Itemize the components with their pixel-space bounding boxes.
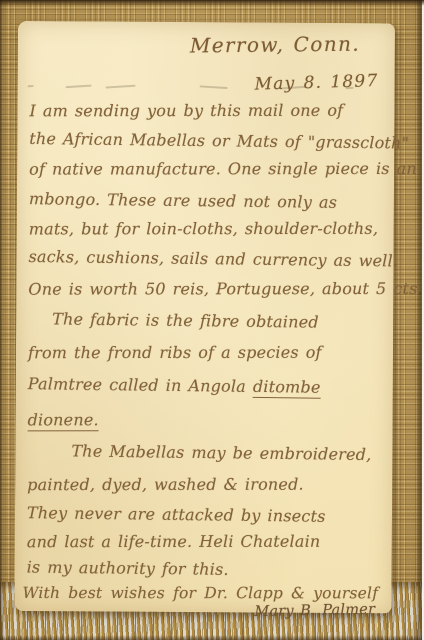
letter-line: The Mabellas may be embroidered,: [71, 441, 371, 465]
letter-line: the African Mabellas or Mats of "grasscl…: [29, 129, 409, 154]
letter-line: They never are attacked by insects: [27, 503, 326, 527]
letter-place: Merrow, Conn.: [190, 34, 360, 56]
underlined-term-ditombe: ditombe: [253, 377, 321, 399]
letter-line: sacks, cushions, sails and currency as w…: [28, 247, 398, 272]
letter-paper: Merrow, Conn. May 8. 1897 I am sending y…: [14, 21, 395, 613]
letter-line: mbongo. These are used not only as: [29, 189, 337, 213]
letter-line: and last a life-time. Heli Chatelain: [27, 532, 321, 553]
letter-line: is my authority for this.: [27, 557, 229, 579]
angola-line-prefix: Palmtree called in Angola: [28, 374, 246, 396]
signature: Mary B. Palmer: [254, 600, 375, 622]
letter-line: painted, dyed, washed & ironed.: [27, 475, 304, 495]
faint-pen-marks: [28, 85, 358, 97]
photograph-of-letter: Merrow, Conn. May 8. 1897 I am sending y…: [0, 0, 424, 640]
letter-line: from the frond ribs of a species of: [28, 343, 322, 364]
letter-line: of native manufacture. One single piece …: [29, 159, 417, 180]
letter-line: The fabric is the fibre obtained: [52, 309, 319, 332]
letter-line: dionene.: [28, 410, 99, 430]
letter-line: I am sending you by this mail one of: [29, 101, 343, 122]
underlined-term-dionene: dionene.: [28, 410, 99, 431]
letter-line: mats, but for loin-cloths, shoulder-clot…: [29, 219, 378, 240]
letter-line: One is worth 50 reis, Portuguese, about …: [28, 279, 422, 300]
letter-line: Palmtree called in Angola ditombe: [28, 374, 321, 398]
